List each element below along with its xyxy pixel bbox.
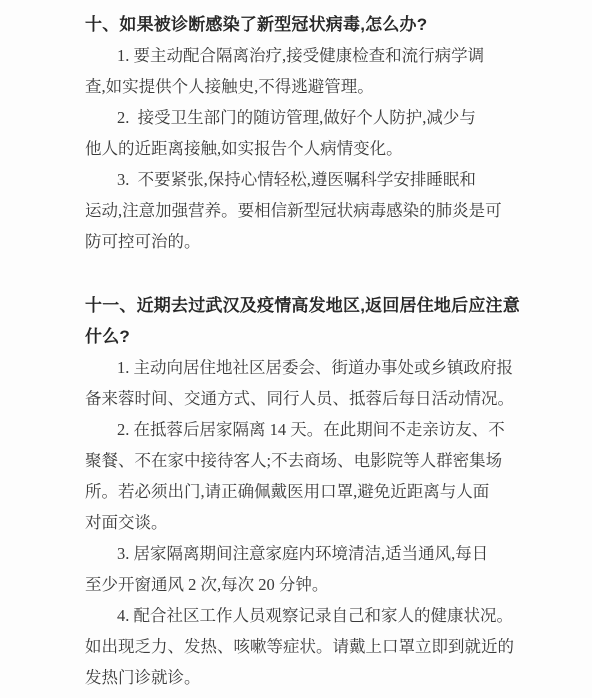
- paragraph-line: 发热门诊就诊。: [85, 662, 514, 693]
- paragraph-line: 1. 要主动配合隔离治疗,接受健康检查和流行病学调: [85, 40, 514, 71]
- paragraph-line: 防可控可治的。: [85, 226, 514, 257]
- paragraph-line: 备来蓉时间、交通方式、同行人员、抵蓉后每日活动情况。: [85, 383, 514, 414]
- paragraph: 2. 在抵蓉后居家隔离 14 天。在此期间不走亲访友、不聚餐、不在家中接待客人;…: [85, 414, 514, 538]
- paragraph-line: 3. 不要紧张,保持心情轻松,遵医嘱科学安排睡眠和: [85, 164, 514, 195]
- paragraph: 3. 居家隔离期间注意家庭内环境清洁,适当通风,每日至少开窗通风 2 次,每次 …: [85, 538, 514, 600]
- paragraph: 1. 要主动配合隔离治疗,接受健康检查和流行病学调查,如实提供个人接触史,不得逃…: [85, 40, 514, 102]
- paragraph-line: 如出现乏力、发热、咳嗽等症状。请戴上口罩立即到就近的: [85, 631, 514, 662]
- paragraph-line: 所。若必须出门,请正确佩戴医用口罩,避免近距离与人面: [85, 476, 514, 507]
- paragraph-line: 聚餐、不在家中接待客人;不去商场、电影院等人群密集场: [85, 445, 514, 476]
- heading-line: 什么?: [85, 321, 514, 352]
- section-heading: 十一、近期去过武汉及疫情高发地区,返回居住地后应注意什么?: [85, 290, 514, 352]
- paragraph-line: 运动,注意加强营养。要相信新型冠状病毒感染的肺炎是可: [85, 195, 514, 226]
- heading-line: 十一、近期去过武汉及疫情高发地区,返回居住地后应注意: [85, 290, 514, 321]
- paragraph: 2. 接受卫生部门的随访管理,做好个人防护,减少与他人的近距离接触,如实报告个人…: [85, 102, 514, 164]
- heading-line: 十、如果被诊断感染了新型冠状病毒,怎么办?: [85, 9, 514, 40]
- paragraph-line: 至少开窗通风 2 次,每次 20 分钟。: [85, 569, 514, 600]
- paragraph: 4. 配合社区工作人员观察记录自己和家人的健康状况。如出现乏力、发热、咳嗽等症状…: [85, 600, 514, 693]
- paragraph-line: 他人的近距离接触,如实报告个人病情变化。: [85, 133, 514, 164]
- paragraph-line: 2. 接受卫生部门的随访管理,做好个人防护,减少与: [85, 102, 514, 133]
- paragraph-line: 2. 在抵蓉后居家隔离 14 天。在此期间不走亲访友、不: [85, 414, 514, 445]
- document-page: 十、如果被诊断感染了新型冠状病毒,怎么办?1. 要主动配合隔离治疗,接受健康检查…: [0, 0, 592, 698]
- paragraph-line: 查,如实提供个人接触史,不得逃避管理。: [85, 71, 514, 102]
- paragraph: 1. 主动向居住地社区居委会、街道办事处或乡镇政府报备来蓉时间、交通方式、同行人…: [85, 352, 514, 414]
- paragraph-line: 对面交谈。: [85, 507, 514, 538]
- document-section-1: 十、如果被诊断感染了新型冠状病毒,怎么办?1. 要主动配合隔离治疗,接受健康检查…: [85, 9, 514, 257]
- section-heading: 十、如果被诊断感染了新型冠状病毒,怎么办?: [85, 9, 514, 40]
- paragraph: 3. 不要紧张,保持心情轻松,遵医嘱科学安排睡眠和运动,注意加强营养。要相信新型…: [85, 164, 514, 257]
- paragraph-line: 4. 配合社区工作人员观察记录自己和家人的健康状况。: [85, 600, 514, 631]
- paragraph-line: 1. 主动向居住地社区居委会、街道办事处或乡镇政府报: [85, 352, 514, 383]
- paragraph-line: 3. 居家隔离期间注意家庭内环境清洁,适当通风,每日: [85, 538, 514, 569]
- document-section-2: 十一、近期去过武汉及疫情高发地区,返回居住地后应注意什么?1. 主动向居住地社区…: [85, 290, 514, 693]
